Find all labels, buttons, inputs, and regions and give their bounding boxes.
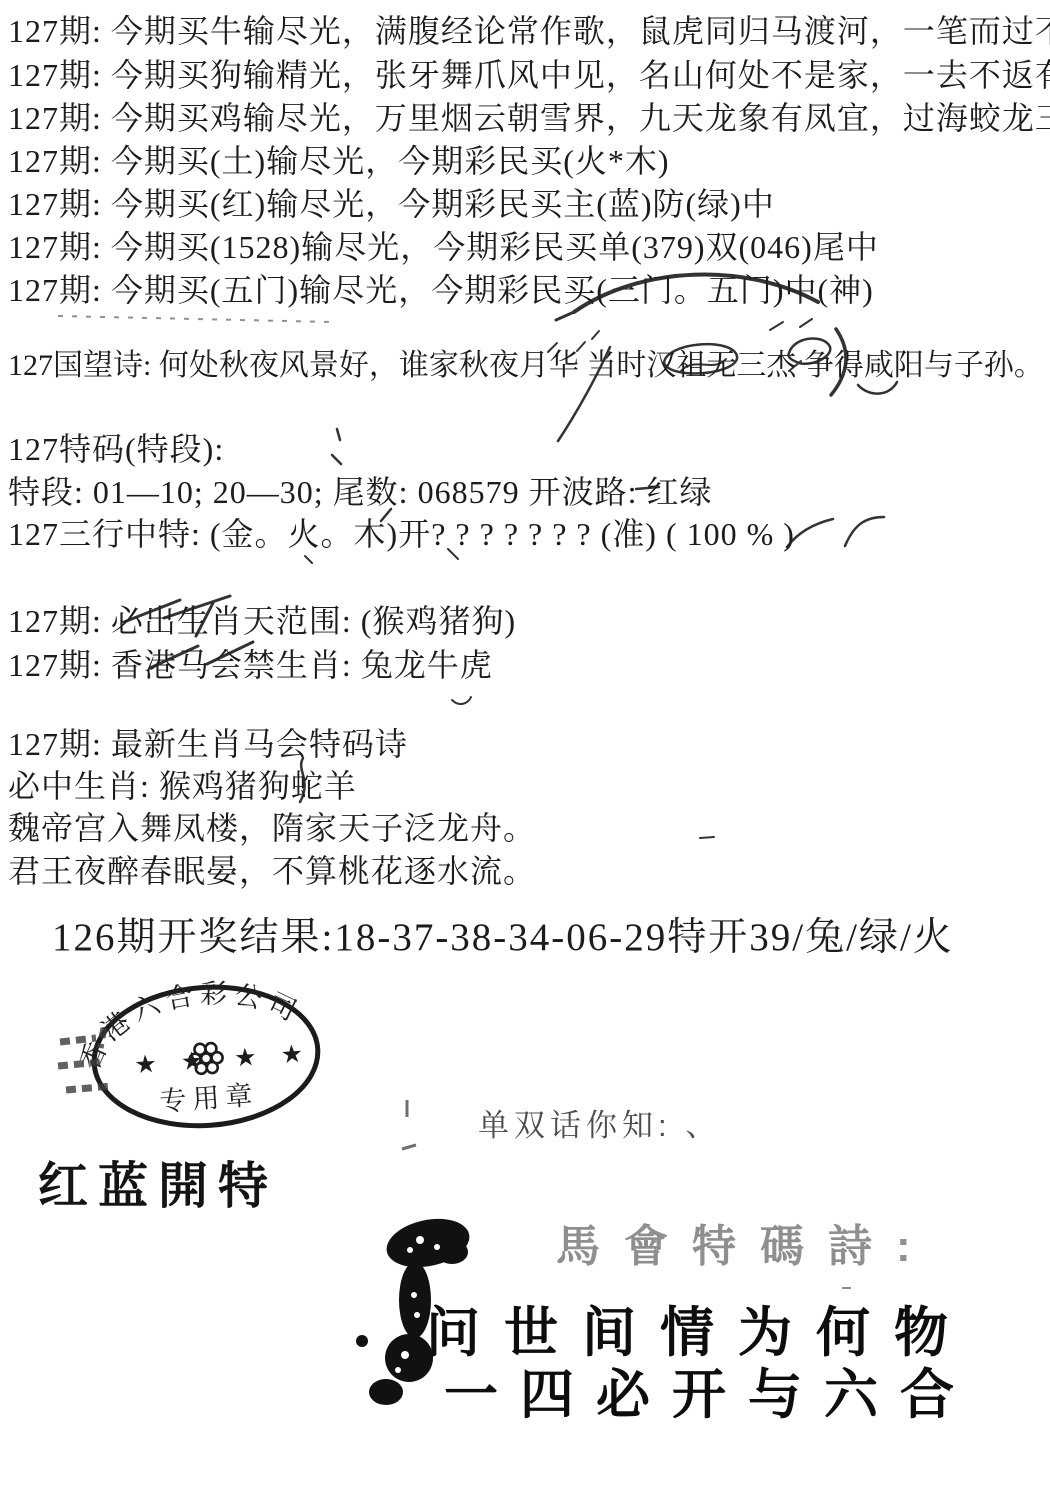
national-poem-line: 127国望诗: 何处秋夜风景好，谁家秋夜月华 当时汉祖无三杰 争得咸阳与子孙。 xyxy=(8,340,1044,384)
segment-range-line: 特段: 01—10; 20—30; 尾数: 068579 开波路: 红绿 xyxy=(8,467,712,513)
tip-line-2: 127期: 今期买狗输精光，张牙舞爪风中见，名山何处不是家，一去不返有玄机。 xyxy=(8,50,1050,96)
three-row-special-line: 127三行中特: (金。火。木)开? ? ? ? ? ? ? (准) ( 100… xyxy=(8,509,795,555)
tip-line-1: 127期: 今期买牛输尽光，满腹经论常作歌，鼠虎同归马渡河，一笔而过不留名。 xyxy=(8,6,1050,52)
seal-bottom-text: 专用章 xyxy=(158,1080,259,1117)
company-seal: 香港六合彩公司 ★ ★ ★ ★ 专用章 xyxy=(42,962,353,1153)
zodiac-poem-verse-1: 魏帝宫入舞凤楼，隋家天子泛龙舟。 xyxy=(8,803,536,849)
banned-zodiac-line: 127期: 香港马会禁生肖: 兔龙牛虎 xyxy=(8,640,493,686)
previous-draw-result: 126期开奖结果:18-37-38-34-06-29特开39/兔/绿/火 xyxy=(52,906,954,962)
tip-line-4: 127期: 今期买(土)输尽光，今期彩民买(火*木) xyxy=(8,136,670,182)
required-zodiac-line: 127期: 必出生肖天范围: (猴鸡猪狗) xyxy=(8,596,516,642)
tip-line-3: 127期: 今期买鸡输尽光，万里烟云朝雪界，九天龙象有凤宜，过海蛟龙三六身。 xyxy=(8,93,1050,139)
tip-line-7: 127期: 今期买(五门)输尽光，今期彩民买(三门。五门)中(神) xyxy=(8,265,874,311)
tip-line-6: 127期: 今期买(1528)输尽光，今期彩民买单(379)双(046)尾中 xyxy=(8,222,879,268)
tip-line-5: 127期: 今期买(红)输尽光，今期彩民买主(蓝)防(绿)中 xyxy=(8,179,775,225)
red-blue-special-label: 红蓝開特 xyxy=(38,1146,278,1218)
seal-stars-right: ★ ★ xyxy=(233,1040,313,1072)
zodiac-poem-title: 127期: 最新生肖马会特码诗 xyxy=(8,719,408,765)
lottery-tip-sheet-page: 127期: 今期买牛输尽光，满腹经论常作歌，鼠虎同归马渡河，一笔而过不留名。 1… xyxy=(0,0,1050,1485)
horse-club-poem-title: 馬會特碼詩: xyxy=(556,1210,935,1274)
zodiac-poem-must-hit-line: 必中生肖: 猴鸡猪狗蛇羊 xyxy=(8,761,357,807)
horse-club-poem-line-2: 一四必开与六合 xyxy=(444,1352,976,1429)
special-code-heading: 127特码(特段): xyxy=(8,424,224,470)
zodiac-poem-verse-2: 君王夜醉春眠晏，不算桃花逐水流。 xyxy=(8,846,536,892)
odd-even-hint-label: 单双话你知: 、 xyxy=(478,1100,721,1145)
